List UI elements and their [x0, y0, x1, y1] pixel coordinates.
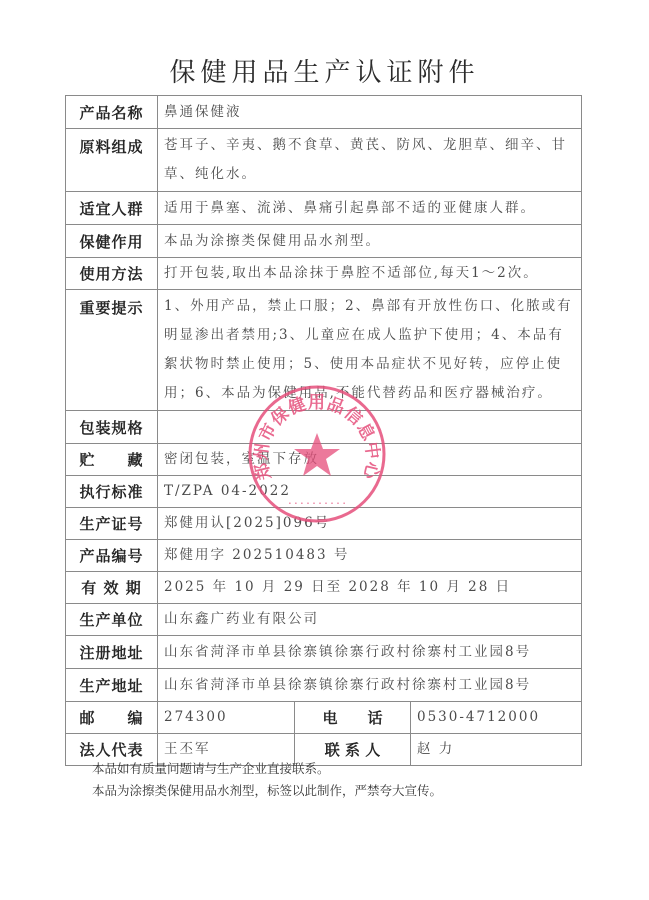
row-storage: 贮 藏 密闭包装，室温下存放: [66, 444, 582, 476]
label-postcode: 邮 编: [66, 702, 158, 734]
value-product-name: 鼻通保健液: [158, 96, 582, 129]
value-phone: 0530-4712000: [411, 702, 582, 734]
footnote-quality: 本品如有质量问题请与生产企业直接联系。: [92, 758, 442, 780]
label-manufacturer: 生产单位: [66, 604, 158, 636]
row-product-name: 产品名称 鼻通保健液: [66, 96, 582, 129]
label-ingredients: 原料组成: [66, 129, 158, 192]
value-ingredients: 苍耳子、辛夷、鹅不食草、黄芪、防风、龙胆草、细辛、甘草、纯化水。: [158, 129, 582, 192]
row-standard: 执行标准 T/ZPA 04-2022: [66, 476, 582, 508]
value-warnings: 1、外用产品，禁止口服；2、鼻部有开放性伤口、化脓或有明显渗出者禁用;3、儿童应…: [158, 290, 582, 411]
label-warnings: 重要提示: [66, 290, 158, 411]
row-product-number: 产品编号 郑健用字 202510483 号: [66, 540, 582, 572]
row-manufacturer: 生产单位 山东鑫广药业有限公司: [66, 604, 582, 636]
value-standard: T/ZPA 04-2022: [158, 476, 582, 508]
row-target-group: 适宜人群 适用于鼻塞、流涕、鼻痛引起鼻部不适的亚健康人群。: [66, 192, 582, 225]
value-registered-address: 山东省菏泽市单县徐寨镇徐寨行政村徐寨村工业园8号: [158, 636, 582, 669]
label-validity: 有 效 期: [66, 572, 158, 604]
row-ingredients: 原料组成 苍耳子、辛夷、鹅不食草、黄芪、防风、龙胆草、细辛、甘草、纯化水。: [66, 129, 582, 192]
value-package: [158, 411, 582, 444]
label-package: 包装规格: [66, 411, 158, 444]
row-registered-address: 注册地址 山东省菏泽市单县徐寨镇徐寨行政村徐寨村工业园8号: [66, 636, 582, 669]
value-validity: 2025 年 10 月 29 日至 2028 年 10 月 28 日: [158, 572, 582, 604]
certification-table: 产品名称 鼻通保健液 原料组成 苍耳子、辛夷、鹅不食草、黄芪、防风、龙胆草、细辛…: [65, 95, 582, 766]
value-target-group: 适用于鼻塞、流涕、鼻痛引起鼻部不适的亚健康人群。: [158, 192, 582, 225]
footnotes: 本品如有质量问题请与生产企业直接联系。 本品为涂擦类保健用品水剂型，标签以此制作…: [92, 758, 442, 802]
row-package: 包装规格: [66, 411, 582, 444]
page-title: 保健用品生产认证附件: [0, 52, 649, 89]
label-phone: 电 话: [295, 702, 411, 734]
value-production-cert: 郑健用认[2025]096号: [158, 508, 582, 540]
label-product-number: 产品编号: [66, 540, 158, 572]
row-validity: 有 效 期 2025 年 10 月 29 日至 2028 年 10 月 28 日: [66, 572, 582, 604]
row-usage: 使用方法 打开包装,取出本品涂抹于鼻腔不适部位,每天1～2次。: [66, 258, 582, 290]
value-function: 本品为涂擦类保健用品水剂型。: [158, 225, 582, 258]
footnote-label: 本品为涂擦类保健用品水剂型，标签以此制作，严禁夸大宣传。: [92, 780, 442, 802]
label-storage: 贮 藏: [66, 444, 158, 476]
value-storage: 密闭包装，室温下存放: [158, 444, 582, 476]
label-product-name: 产品名称: [66, 96, 158, 129]
label-production-address: 生产地址: [66, 669, 158, 702]
value-product-number: 郑健用字 202510483 号: [158, 540, 582, 572]
value-manufacturer: 山东鑫广药业有限公司: [158, 604, 582, 636]
label-target-group: 适宜人群: [66, 192, 158, 225]
label-production-cert: 生产证号: [66, 508, 158, 540]
label-registered-address: 注册地址: [66, 636, 158, 669]
row-warnings: 重要提示 1、外用产品，禁止口服；2、鼻部有开放性伤口、化脓或有明显渗出者禁用;…: [66, 290, 582, 411]
row-production-address: 生产地址 山东省菏泽市单县徐寨镇徐寨行政村徐寨村工业园8号: [66, 669, 582, 702]
label-function: 保健作用: [66, 225, 158, 258]
label-standard: 执行标准: [66, 476, 158, 508]
row-postcode-phone: 邮 编 274300 电 话 0530-4712000: [66, 702, 582, 734]
row-function: 保健作用 本品为涂擦类保健用品水剂型。: [66, 225, 582, 258]
value-postcode: 274300: [158, 702, 295, 734]
label-usage: 使用方法: [66, 258, 158, 290]
value-usage: 打开包装,取出本品涂抹于鼻腔不适部位,每天1～2次。: [158, 258, 582, 290]
row-production-cert: 生产证号 郑健用认[2025]096号: [66, 508, 582, 540]
value-production-address: 山东省菏泽市单县徐寨镇徐寨行政村徐寨村工业园8号: [158, 669, 582, 702]
